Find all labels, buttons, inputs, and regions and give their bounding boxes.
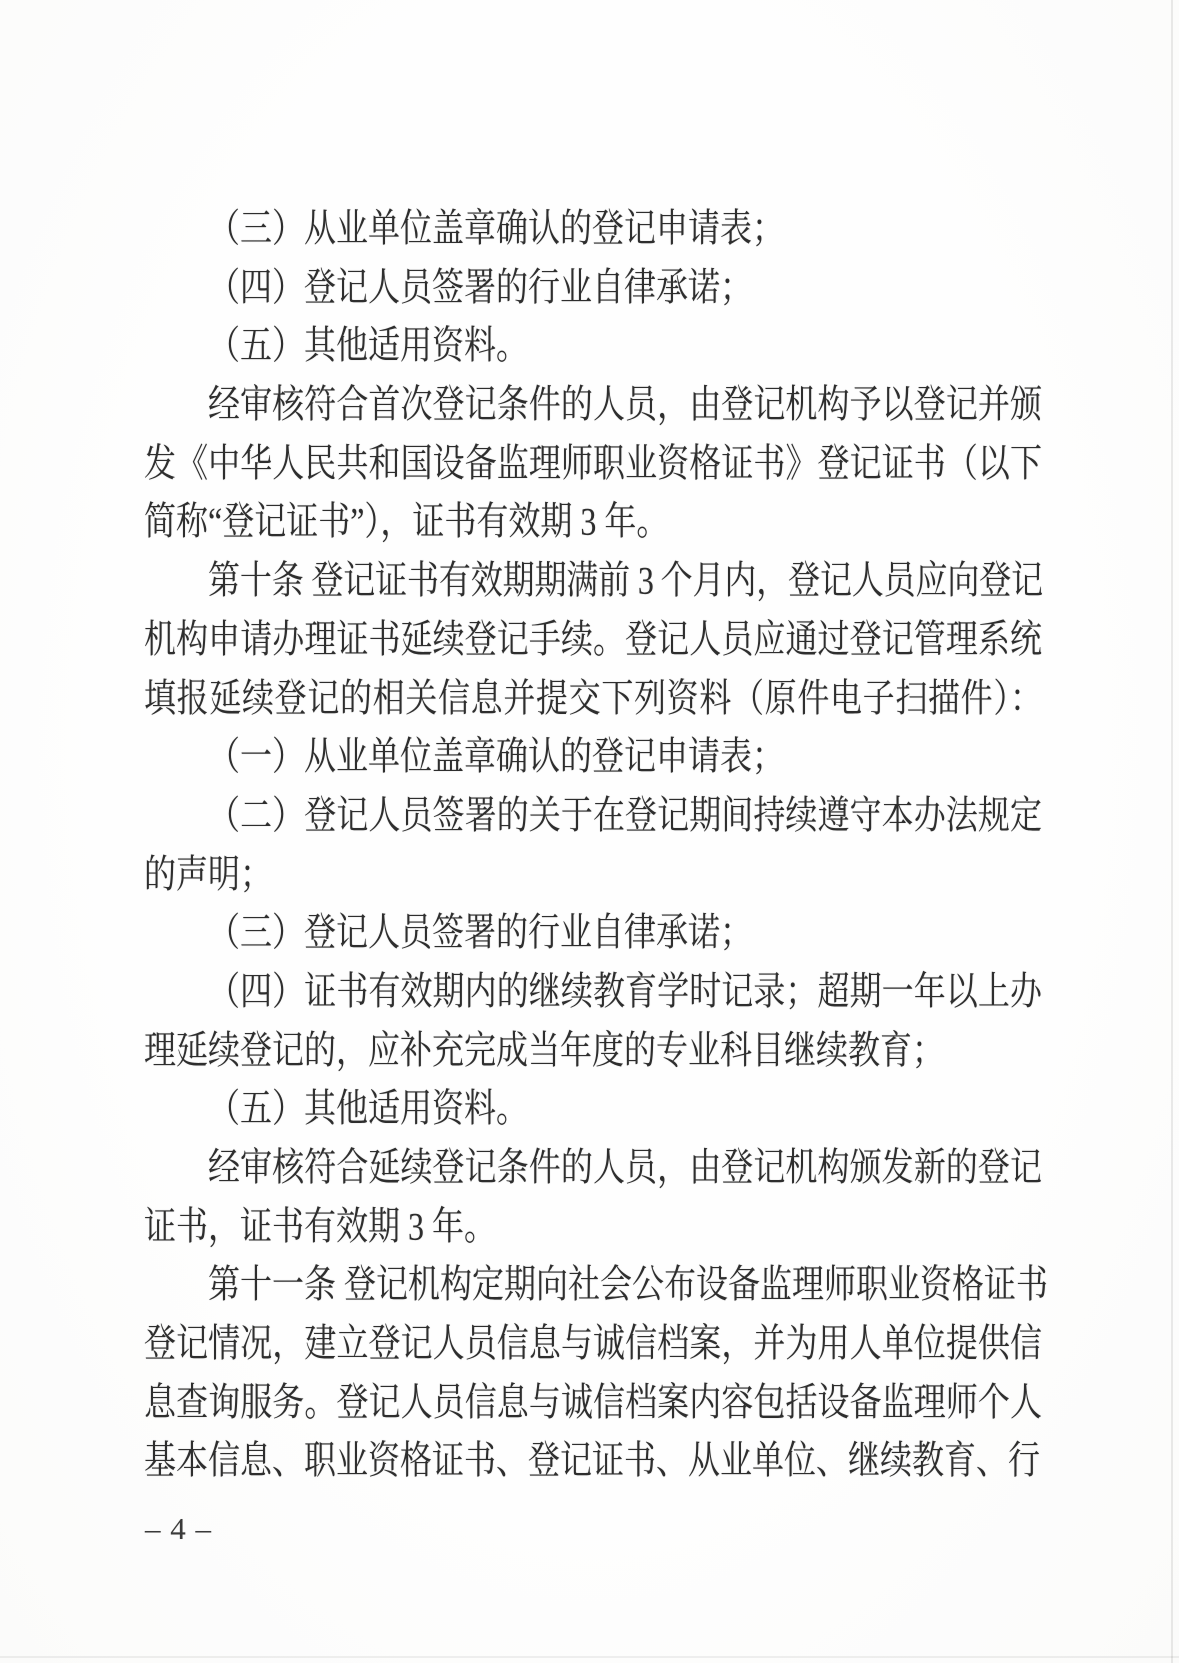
scan-edge-bottom bbox=[0, 1656, 1179, 1658]
document-body: （三）从业单位盖章确认的登记申请表； （四）登记人员签署的行业自律承诺； （五）… bbox=[144, 199, 1042, 1490]
page-number: – 4 – bbox=[145, 1503, 212, 1555]
document-page: （三）从业单位盖章确认的登记申请表； （四）登记人员签署的行业自律承诺； （五）… bbox=[0, 0, 1179, 1663]
scan-edge-right bbox=[1171, 0, 1173, 1663]
document-line: 基本信息、职业资格证书、登记证书、从业单位、继续教育、行 bbox=[144, 1425, 1042, 1497]
